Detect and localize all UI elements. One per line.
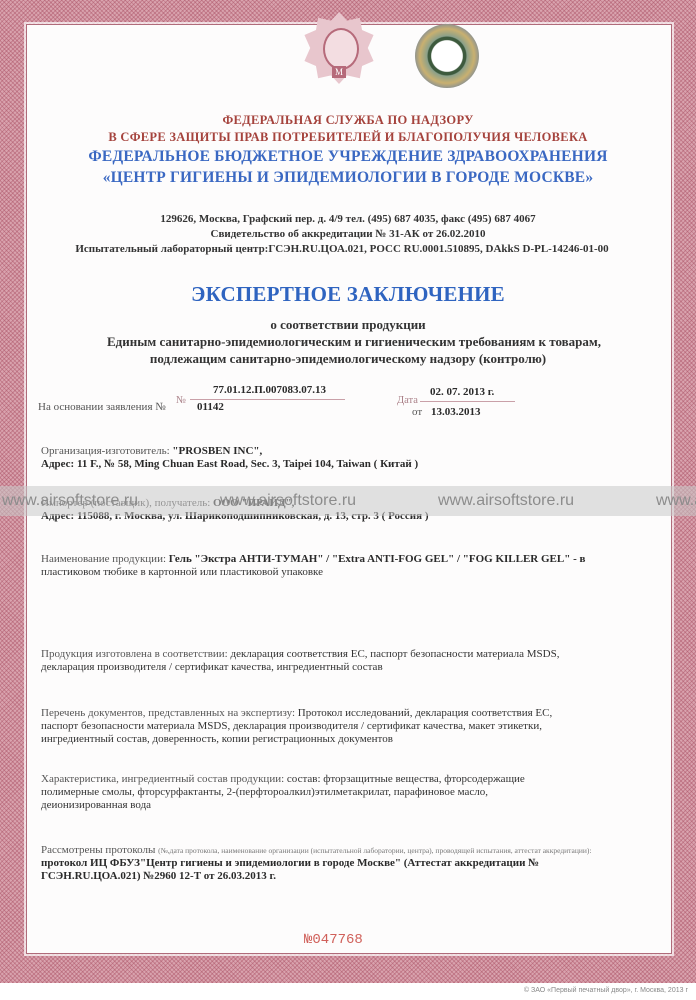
compliance-value-2: декларация производителя / сертификат ка… — [41, 661, 383, 673]
compliance-value-1: декларация соответствия ЕС, паспорт безо… — [230, 648, 559, 660]
institution-address: 129626, Москва, Графский пер. д. 4/9 тел… — [0, 213, 696, 225]
manufacturer-address: Адрес: 11 F., № 58, Ming Chuan East Road… — [41, 458, 418, 470]
watermark-banner: www.airsoftstore.ruwww.airsoftstore.ruww… — [0, 486, 696, 516]
application-from-label: от — [412, 406, 422, 418]
emblem-letter: М — [332, 66, 346, 78]
manufacturer-name: "PROSBEN INC", — [172, 445, 262, 457]
printer-copyright: © ЗАО «Первый печатный двор», г. Москва,… — [524, 987, 688, 994]
composition-label: Характеристика, ингредиентный состав про… — [41, 773, 284, 785]
protocols-label: Рассмотрены протоколы — [41, 844, 155, 856]
product-section: Наименование продукции: Гель "Экстра АНТ… — [41, 553, 661, 579]
subtitle-line-3: подлежащим санитарно-эпидемиологическому… — [0, 351, 696, 367]
number-label: № — [176, 395, 186, 406]
compliance-label: Продукция изготовлена в соответствии: — [41, 648, 228, 660]
protocols-section: Рассмотрены протоколы (№,дата протокола,… — [41, 844, 681, 883]
institution-line-1: ФЕДЕРАЛЬНОЕ БЮДЖЕТНОЕ УЧРЕЖДЕНИЕ ЗДРАВОО… — [0, 148, 696, 166]
documents-value-1: Протокол исследований, декларация соотве… — [298, 707, 552, 719]
form-serial-number: №047768 — [304, 932, 363, 948]
institution-line-2: «ЦЕНТР ГИГИЕНЫ И ЭПИДЕМИОЛОГИИ В ГОРОДЕ … — [0, 169, 696, 187]
compliance-section: Продукция изготовлена в соответствии: де… — [41, 648, 661, 674]
hygieia-icon — [323, 28, 359, 70]
hologram-seal-icon — [415, 24, 479, 88]
subtitle-line-1: о соответствии продукции — [0, 317, 696, 333]
watermark-text: www.airsoftstore.ru — [0, 486, 218, 516]
composition-section: Характеристика, ингредиентный состав про… — [41, 773, 661, 812]
documents-label: Перечень документов, представленных на э… — [41, 707, 295, 719]
composition-value-2: полимерные смолы, фторсурфактанты, 2-(пе… — [41, 786, 488, 798]
number-underline — [190, 399, 345, 400]
product-name: Гель "Экстра АНТИ-ТУМАН" / "Extra ANTI-F… — [169, 553, 586, 565]
application-number: 01142 — [197, 401, 224, 413]
product-label: Наименование продукции: — [41, 553, 166, 565]
agency-line-1: ФЕДЕРАЛЬНАЯ СЛУЖБА ПО НАДЗОРУ — [0, 113, 696, 128]
lab-center: Испытательный лабораторный центр:ГСЭН.RU… — [0, 243, 690, 255]
documents-value-3: ингредиентный состав, доверенность, копи… — [41, 733, 393, 745]
manufacturer-label: Организация-изготовитель: — [41, 445, 170, 457]
watermark-text: www.airsoftstore.ru — [436, 486, 654, 516]
subtitle-line-2: Единым санитарно-эпидемиологическим и ги… — [6, 334, 696, 350]
documents-value-2: паспорт безопасности материала MSDS, дек… — [41, 720, 542, 732]
application-date: 13.03.2013 — [431, 406, 481, 418]
documents-section: Перечень документов, представленных на э… — [41, 707, 661, 746]
application-label: На основании заявления № — [38, 401, 166, 413]
protocols-value-1: протокол ИЦ ФБУЗ"Центр гигиены и эпидеми… — [41, 857, 539, 869]
composition-value-3: деионизированная вода — [41, 799, 151, 811]
conclusion-date: 02. 07. 2013 г. — [430, 386, 494, 398]
watermark-text: www.airsoftstore.ru — [218, 486, 436, 516]
composition-value-1: состав: фторзащитные вещества, фторсодер… — [287, 773, 525, 785]
document-title: ЭКСПЕРТНОЕ ЗАКЛЮЧЕНИЕ — [0, 282, 696, 307]
agency-line-2: В СФЕРЕ ЗАЩИТЫ ПРАВ ПОТРЕБИТЕЛЕЙ И БЛАГО… — [0, 130, 696, 145]
manufacturer-section: Организация-изготовитель: "PROSBEN INC",… — [41, 445, 661, 471]
watermark-text: www.airsoftstore.ru — [654, 486, 696, 516]
protocols-value-2: ГСЭН.RU.ЦОА.021) №2960 12-Т от 26.03.201… — [41, 870, 276, 882]
date-label: Дата — [397, 395, 418, 406]
protocols-note: (№,дата протокола, наименование организа… — [158, 846, 591, 855]
product-packaging: пластиковом тюбике в картонной или пласт… — [41, 566, 323, 578]
date-underline — [420, 401, 515, 402]
accreditation-certificate: Свидетельство об аккредитации № 31-АК от… — [0, 228, 696, 240]
conclusion-number: 77.01.12.П.007083.07.13 — [213, 384, 326, 396]
